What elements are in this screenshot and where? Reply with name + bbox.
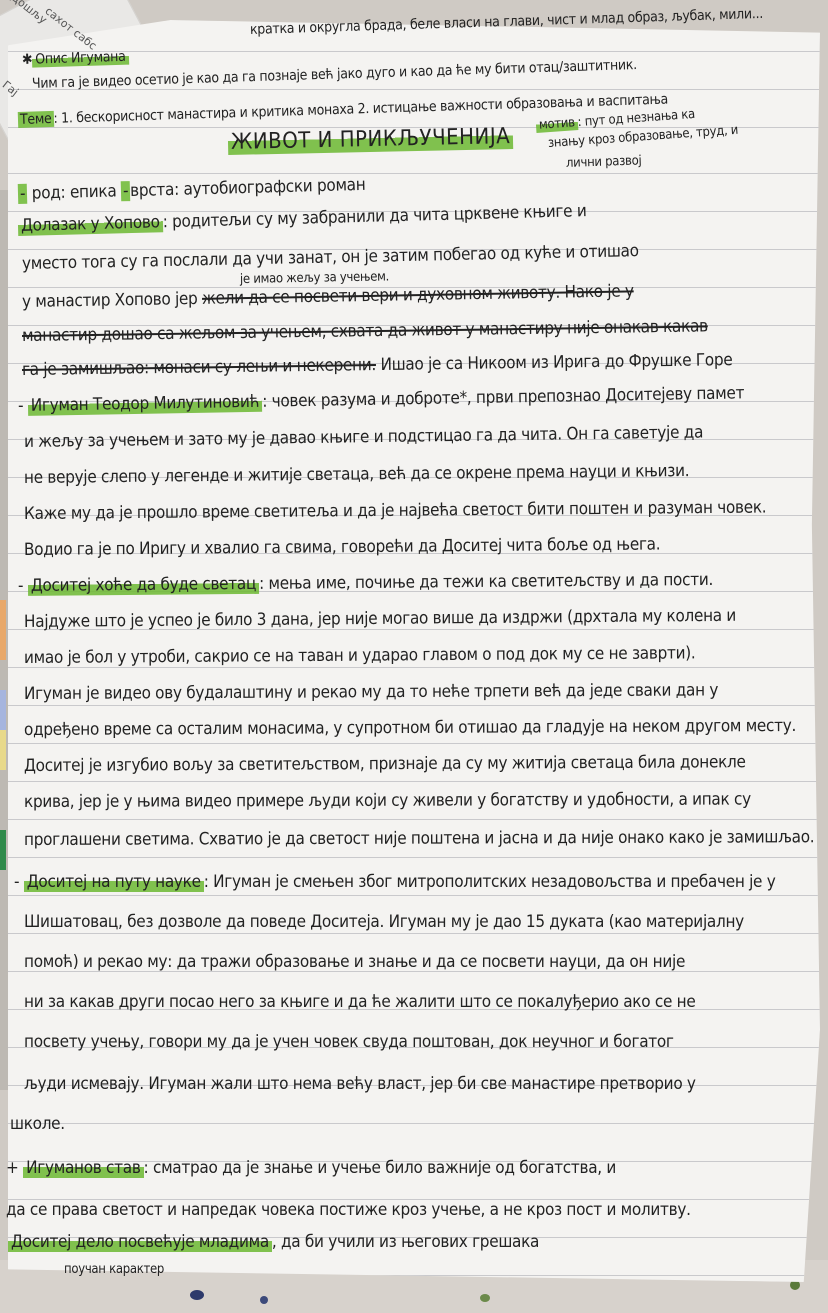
speck (260, 1296, 268, 1304)
note-line: поучан карактер (64, 1262, 164, 1277)
note-line: - Доситеј на путу науке: Игуман је смење… (14, 872, 775, 892)
footnote-text: поучан карактер (64, 1262, 164, 1277)
note-text: проглашени светима. Схватио је да светос… (24, 827, 814, 850)
note-line: људи исмевају. Игуман жали што нема већу… (24, 1074, 696, 1094)
note-line: школе. (10, 1114, 65, 1134)
note-line: Доситеј је изгубио вољу за светитељством… (24, 752, 746, 776)
speck (190, 1290, 204, 1300)
note-text: Доситеј је изгубио вољу за светитељством… (24, 752, 746, 776)
note-line: Игуман је видео ову будалаштину и рекао … (24, 680, 718, 704)
section-label: Доситеј хоће да буде светац (28, 574, 259, 596)
section-label: род (32, 183, 61, 204)
note-text: помоћ) и рекао му: да тражи образовање и… (24, 952, 685, 972)
note-insert: је имао жељу за учењем. (240, 269, 389, 287)
note-line: Доситеј дело посвећује младима, да би уч… (8, 1232, 539, 1252)
section-label: Доситеј дело посвећује младима (8, 1232, 272, 1252)
section-label: Опис Игумана (32, 49, 129, 68)
note-line: ни за какав други посао него за књиге и … (24, 992, 695, 1012)
note-text: посвету учењу, говори му да је учен чове… (24, 1032, 674, 1052)
note-text: : епика (60, 181, 116, 202)
note-text: у манастир Хопово јер (22, 289, 198, 312)
note-text: ни за какав други посао него за књиге и … (24, 992, 695, 1012)
note-text: да се права светост и напредак човека по… (6, 1200, 691, 1220)
note-line: ✱Опис Игумана (22, 49, 129, 68)
note-line: одређено време са осталим монасима, у су… (24, 716, 796, 740)
note-line: да се права светост и напредак човека по… (6, 1200, 691, 1220)
note-line: Шишатовац, без дозволе да поведе Доситеј… (24, 912, 744, 932)
section-label: Игуман Теодор Милутиновић (28, 392, 263, 416)
note-text: људи исмевају. Игуман жали што нема већу… (24, 1074, 696, 1094)
section-label: Теме (18, 111, 54, 128)
note-line: + Игуманов став: сматрао да је знање и у… (6, 1158, 616, 1178)
note-text: : мења име, почиње да тежи ка светитељст… (259, 570, 713, 594)
note-text: , да би учили из његових грешака (272, 1232, 539, 1252)
note-text: Шишатовац, без дозволе да поведе Доситеј… (24, 912, 744, 932)
note-line: крива, јер је у њима видео примере људи … (24, 789, 751, 812)
section-label: Долазак у Хопово (18, 212, 163, 236)
section-label: врста (130, 180, 174, 201)
note-text: школе. (10, 1114, 65, 1134)
section-label: Игуманов став (23, 1158, 143, 1178)
bullet-marker: - (18, 184, 28, 204)
note-text: : сматрао да је знање и учење било важни… (144, 1158, 617, 1178)
note-text: : Игуман је смењен због митрополитских н… (204, 872, 776, 892)
note-text: Игуман је видео ову будалаштину и рекао … (24, 680, 718, 704)
note-text: крива, јер је у њима видео примере људи … (24, 789, 751, 812)
note-text: лични развој (566, 153, 642, 171)
note-line: проглашени светима. Схватио је да светос… (24, 827, 814, 850)
section-label: мотив (535, 115, 578, 133)
speck (480, 1294, 490, 1302)
note-line: посвету учењу, говори му да је учен чове… (24, 1032, 674, 1052)
note-line: лични развој (566, 153, 642, 171)
note-text: одређено време са осталим монасима, у су… (24, 716, 796, 740)
note-text: је имао жељу за учењем. (240, 269, 389, 287)
section-label: Доситеј на путу науке (24, 872, 204, 892)
note-line: помоћ) и рекао му: да тражи образовање и… (24, 952, 685, 972)
